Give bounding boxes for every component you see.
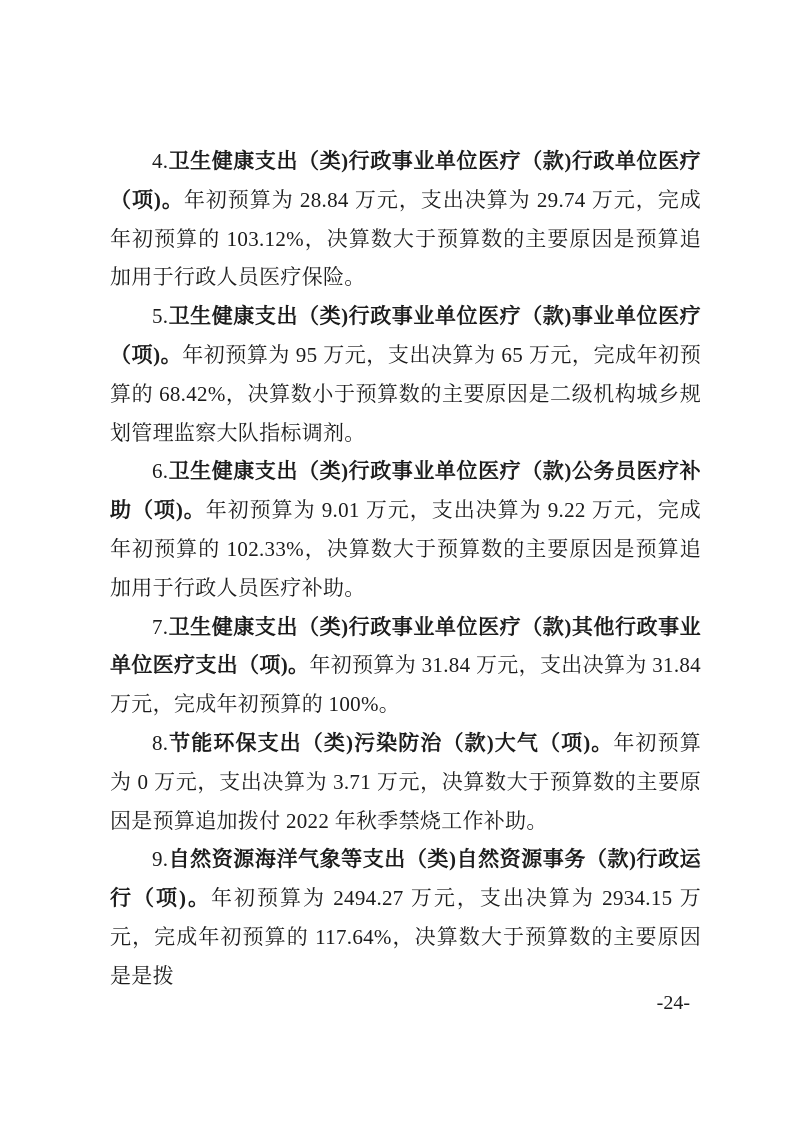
paragraph-number: 5. [152, 304, 168, 328]
paragraph-number: 9. [152, 847, 168, 871]
paragraph-number: 6. [152, 459, 168, 483]
paragraph-number: 4. [152, 149, 168, 173]
paragraph-title: 节能环保支出（类)污染防治（款)大气（项)。 [168, 731, 613, 755]
paragraph-text: 年初预算为 28.84 万元，支出决算为 29.74 万元，完成年初预算的 10… [110, 188, 701, 290]
paragraph-text: 年初预算为 95 万元，支出决算为 65 万元，完成年初预算的 68.42%，决… [110, 343, 701, 445]
paragraph-item-7: 7.卫生健康支出（类)行政事业单位医疗（款)其他行政事业单位医疗支出（项)。年初… [110, 608, 701, 724]
paragraph-item-6: 6.卫生健康支出（类)行政事业单位医疗（款)公务员医疗补助（项)。年初预算为 9… [110, 452, 701, 607]
paragraph-item-5: 5.卫生健康支出（类)行政事业单位医疗（款)事业单位医疗（项)。年初预算为 95… [110, 297, 701, 452]
paragraph-item-4: 4.卫生健康支出（类)行政事业单位医疗（款)行政单位医疗（项)。年初预算为 28… [110, 142, 701, 297]
document-page: 4.卫生健康支出（类)行政事业单位医疗（款)行政单位医疗（项)。年初预算为 28… [0, 0, 793, 1122]
paragraph-number: 8. [152, 731, 168, 755]
page-number: -24- [657, 992, 690, 1014]
document-body: 4.卫生健康支出（类)行政事业单位医疗（款)行政单位医疗（项)。年初预算为 28… [110, 142, 701, 996]
paragraph-number: 7. [152, 615, 168, 639]
paragraph-item-8: 8.节能环保支出（类)污染防治（款)大气（项)。年初预算为 0 万元，支出决算为… [110, 724, 701, 840]
paragraph-item-9: 9.自然资源海洋气象等支出（类)自然资源事务（款)行政运行（项)。年初预算为 2… [110, 840, 701, 995]
